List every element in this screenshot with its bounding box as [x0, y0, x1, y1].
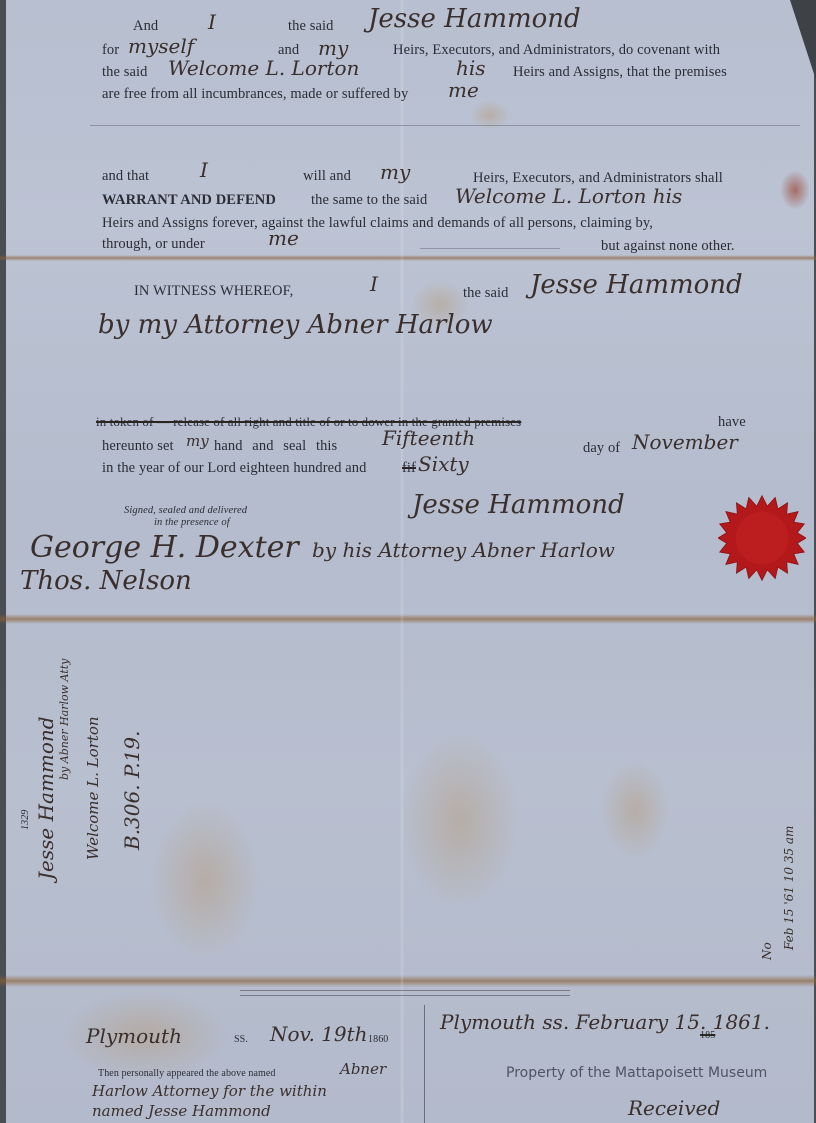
label-the-said: the said: [102, 64, 148, 81]
ack-name-1: Abner: [340, 1060, 386, 1078]
grantee-name: Welcome L. Lorton his: [455, 184, 682, 208]
covenant-line-3: Heirs and Assigns, that the premises: [513, 64, 727, 81]
covenant-line-2: Heirs, Executors, and Administrators, do…: [393, 42, 720, 59]
ack-date: Nov. 19th: [270, 1022, 368, 1046]
label-the-said: the said: [463, 285, 509, 302]
recording-received: Received: [628, 1096, 720, 1120]
docket-book-page: B.306. P.19.: [120, 730, 144, 850]
ack-name-3: named Jesse Hammond: [92, 1102, 271, 1120]
hand-i: I: [370, 272, 378, 296]
docket-number: 1329: [20, 810, 31, 830]
column-divider: [424, 1005, 425, 1123]
in-witness-whereof: IN WITNESS WHEREOF,: [134, 283, 293, 300]
label-hereunto: hereunto set: [102, 438, 174, 455]
seal-wax-drip: [780, 170, 810, 210]
covenant-line-4: are free from all incumbrances, made or …: [102, 86, 408, 103]
label-through: through, or under: [102, 236, 205, 253]
stain: [600, 760, 670, 860]
warrant-none-other: but against none other.: [601, 238, 735, 255]
docket-grantee: Welcome L. Lorton: [84, 716, 102, 860]
label-day-of: day of: [583, 440, 620, 457]
witness-signature-1: George H. Dexter: [30, 530, 299, 565]
hand-me: me: [448, 78, 479, 102]
hand-his: his: [456, 56, 486, 80]
ack-ss: SS.: [234, 1034, 248, 1045]
attorney-signature: by his Attorney Abner Harlow: [312, 538, 615, 562]
double-rule: [240, 990, 570, 996]
label-and-that: and that: [102, 168, 149, 185]
ack-year: 1860: [368, 1034, 388, 1045]
museum-watermark: Property of the Mattapoisett Museum: [506, 1065, 767, 1081]
year-written: Sixty: [418, 452, 469, 476]
witness-signature-2: Thos. Nelson: [20, 566, 192, 596]
ack-county: Plymouth: [86, 1024, 182, 1048]
fold-line: [0, 614, 816, 624]
hand-i: I: [200, 158, 208, 182]
fold-line: [0, 255, 816, 261]
attorney-clause: by my Attorney Abner Harlow: [98, 310, 493, 340]
hand-me: me: [268, 226, 299, 250]
recording-struck-year: 185: [700, 1030, 715, 1041]
label-hand-seal: hand and seal this: [214, 438, 337, 455]
received-note: Feb 15 '61 10 35 am No: [782, 730, 816, 960]
hand-i: I: [208, 10, 216, 34]
hand-myself: myself: [128, 34, 194, 58]
ack-name-2: Harlow Attorney for the within: [92, 1082, 327, 1100]
blank-line: [90, 125, 800, 126]
month-written: November: [632, 430, 738, 454]
label-have: have: [718, 414, 746, 431]
year-line: in the year of our Lord eighteen hundred…: [102, 460, 367, 477]
day-written: Fifteenth: [382, 426, 475, 450]
received-time: Feb 15 '61 10 35 am: [782, 826, 796, 950]
docket-block: 1329 Jesse Hammond by Abner Harlow Atty …: [20, 640, 170, 880]
blank-line: [420, 248, 560, 249]
grantor-signature: Jesse Hammond: [412, 490, 625, 520]
docket-grantor: Jesse Hammond: [34, 716, 58, 880]
red-wax-seal-icon: [718, 494, 806, 582]
label-and: And: [133, 18, 158, 35]
ack-appeared: Then personally appeared the above named: [98, 1068, 276, 1079]
label-for: for: [102, 42, 119, 59]
signed-label-2: in the presence of: [154, 517, 230, 528]
struck-year: fif: [402, 460, 416, 477]
grantee-name: Welcome L. Lorton: [168, 56, 359, 80]
hand-my: my: [186, 432, 209, 450]
hand-my: my: [380, 160, 410, 184]
warrant-and-defend: WARRANT AND DEFEND: [102, 192, 276, 209]
recording-place-date: Plymouth ss. February 15. 1861.: [440, 1010, 770, 1034]
warrant-line-3: Heirs and Assigns forever, against the l…: [102, 215, 653, 232]
grantor-name: Jesse Hammond: [530, 270, 743, 300]
label-no: No: [760, 942, 774, 960]
docket-by: by Abner Harlow Atty: [58, 659, 71, 780]
warrant-line-2: the same to the said: [311, 192, 427, 209]
stain: [400, 730, 520, 910]
grantor-name: Jesse Hammond: [368, 4, 581, 34]
torn-corner: [790, 0, 816, 80]
signed-label-1: Signed, sealed and delivered: [124, 505, 247, 516]
fold-line: [0, 975, 816, 987]
label-will-and: will and: [303, 168, 351, 185]
label-the-said: the said: [288, 18, 334, 35]
